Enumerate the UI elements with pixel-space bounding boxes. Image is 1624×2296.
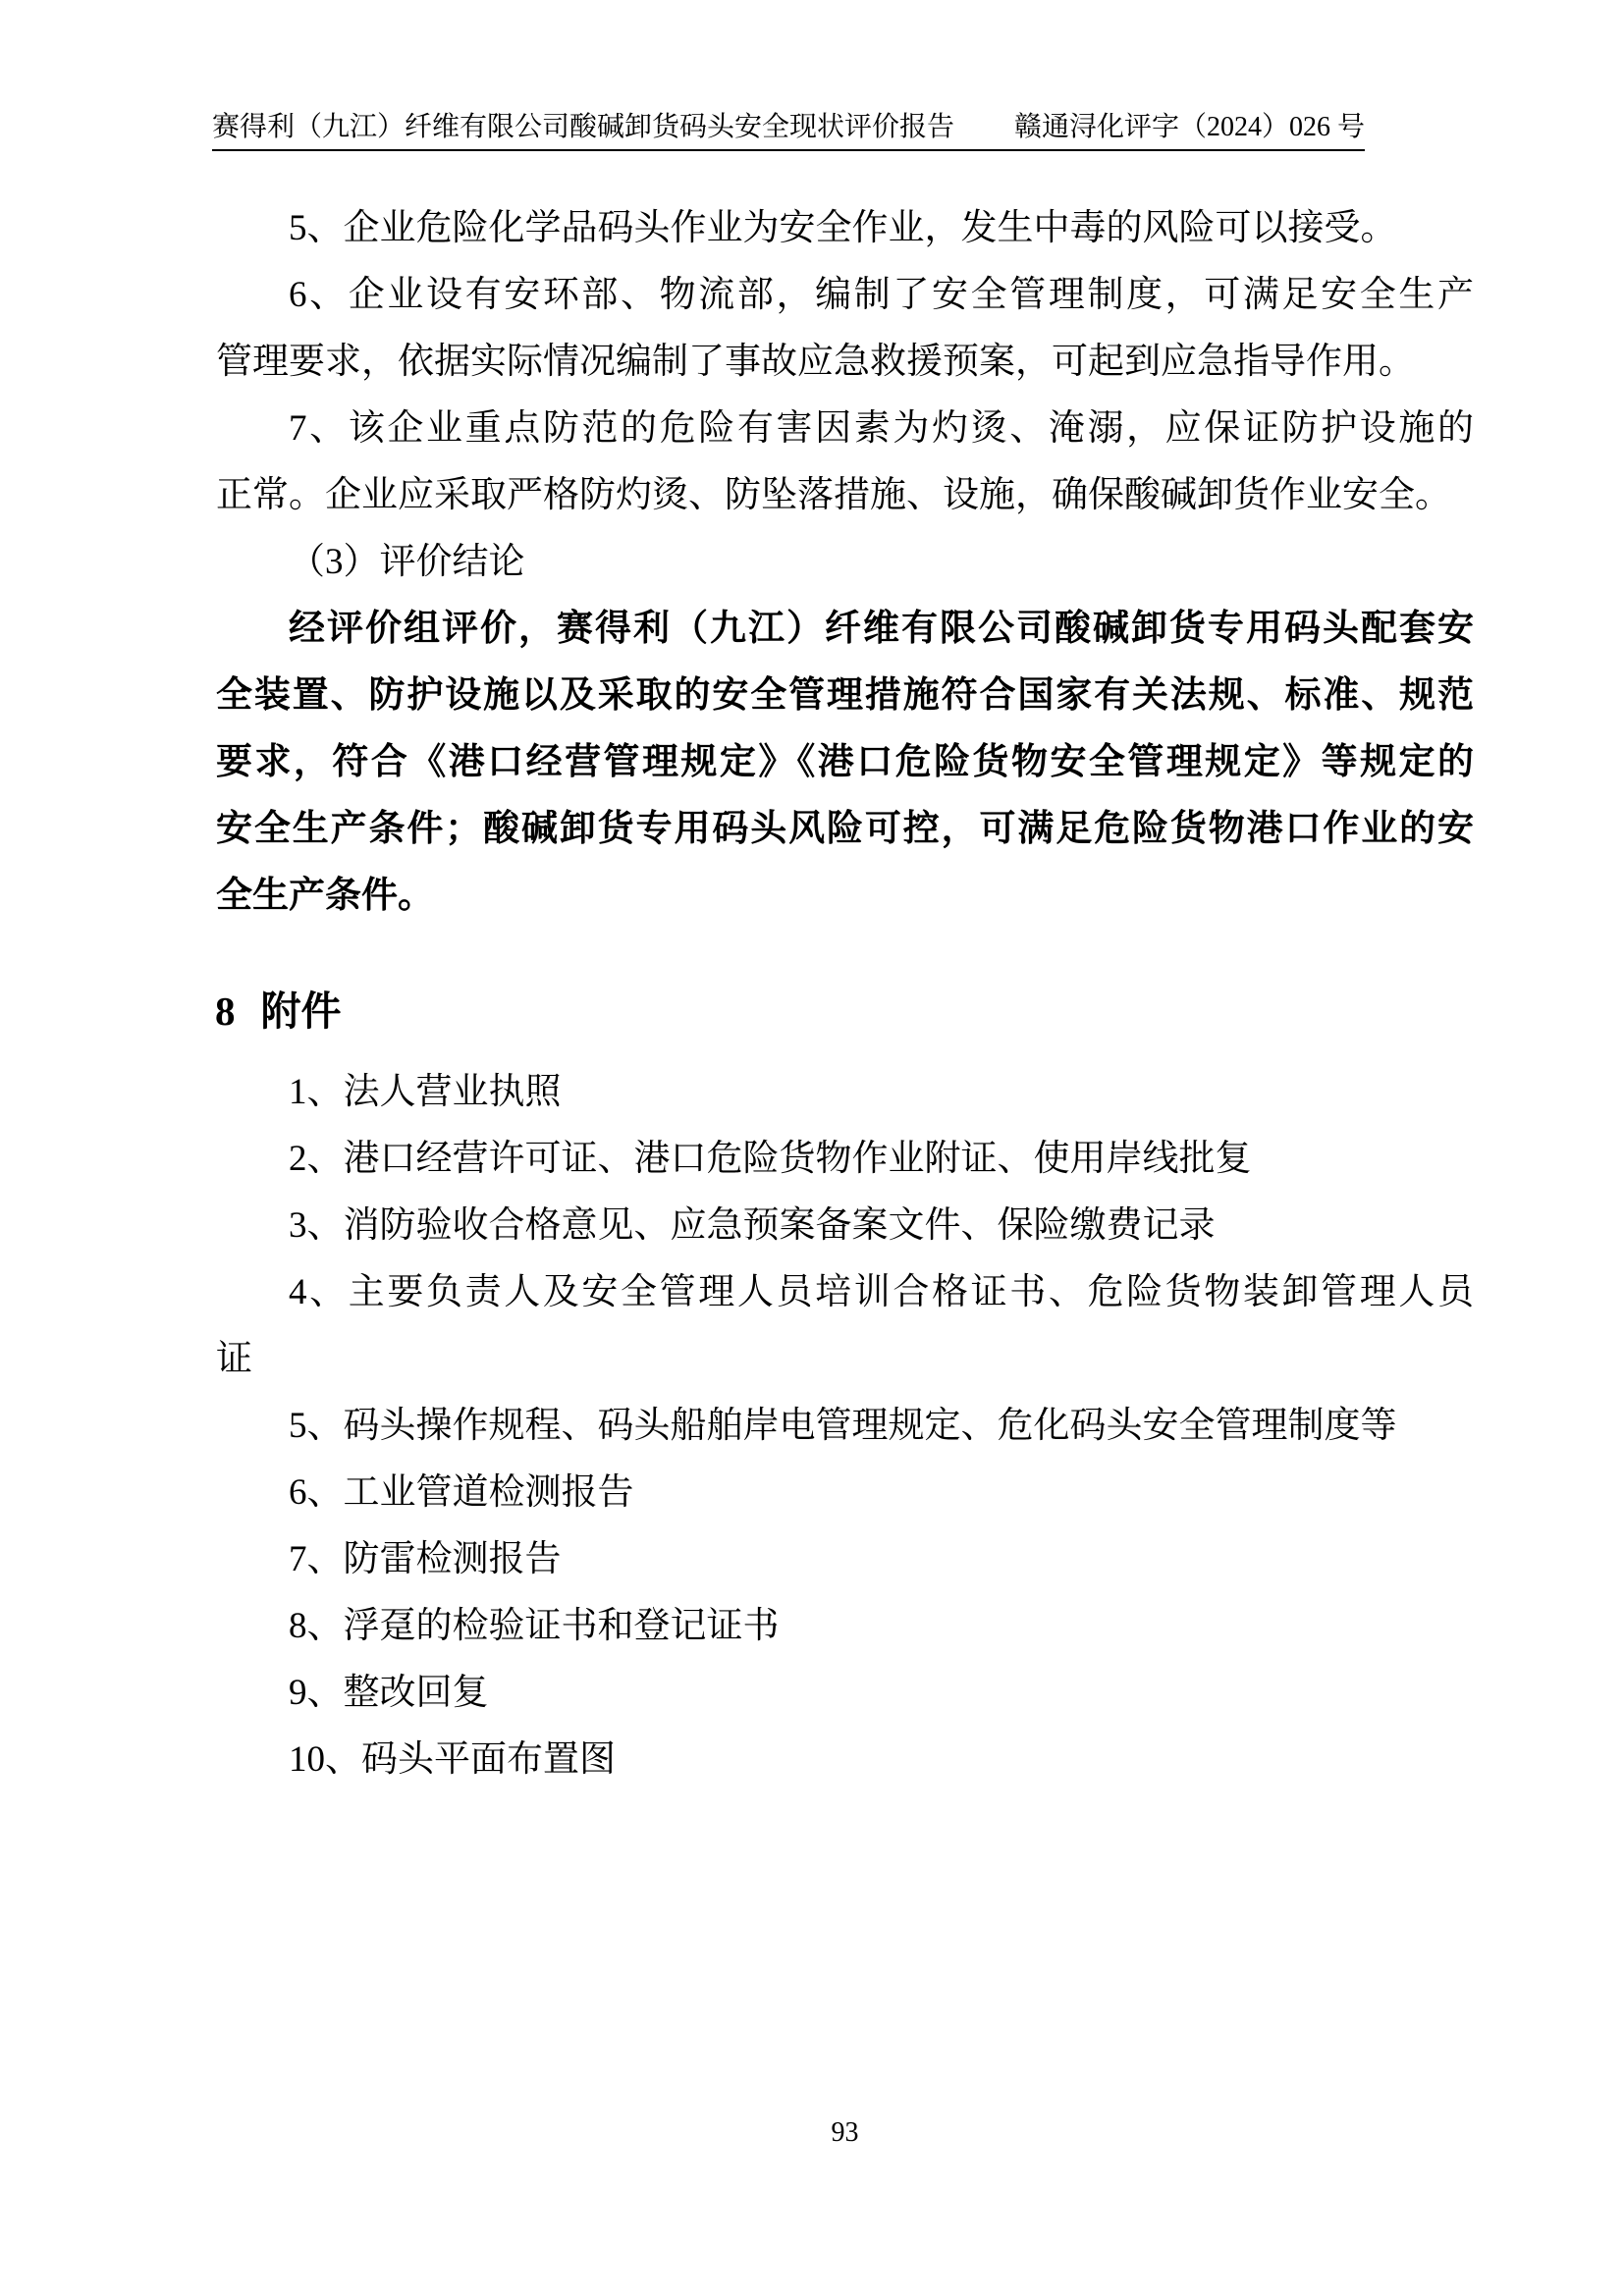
page-footer: 93 — [216, 2116, 1474, 2150]
section-heading-attachments: 8附件 — [215, 987, 342, 1036]
body-line: 7、该企业重点防范的危险有害因素为灼烫、淹溺，应保证防护设施的 — [216, 396, 1474, 462]
page-number: 93 — [832, 2117, 859, 2148]
attachments-list: 1、法人营业执照 2、港口经营许可证、港口危险货物作业附证、使用岸线批复 3、消… — [216, 1059, 1474, 1793]
header-doc-number: 赣通浔化评字（2024）026 号 — [1014, 110, 1365, 145]
document-page: 赛得利（九江）纤维有限公司酸碱卸货码头安全现状评价报告 赣通浔化评字（2024）… — [0, 0, 1624, 2296]
attachment-line: 9、整改回复 — [216, 1660, 1474, 1727]
body-line: （3）评价结论 — [216, 529, 1474, 596]
attachment-line: 5、码头操作规程、码头船舶岸电管理规定、危化码头安全管理制度等 — [216, 1393, 1474, 1460]
page-header: 赛得利（九江）纤维有限公司酸碱卸货码头安全现状评价报告 赣通浔化评字（2024）… — [212, 110, 1365, 151]
body-line: 安全生产条件；酸碱卸货专用码头风险可控，可满足危险货物港口作业的安 — [216, 796, 1474, 863]
body-line: 要求，符合《港口经营管理规定》《港口危险货物安全管理规定》等规定的 — [216, 729, 1474, 796]
attachment-line: 证 — [216, 1326, 1474, 1393]
header-report-title: 赛得利（九江）纤维有限公司酸碱卸货码头安全现状评价报告 — [212, 110, 954, 145]
attachment-line: 6、工业管道检测报告 — [216, 1460, 1474, 1526]
attachment-line: 4、主要负责人及安全管理人员培训合格证书、危险货物装卸管理人员 — [216, 1259, 1474, 1326]
attachment-line: 10、码头平面布置图 — [216, 1727, 1474, 1793]
body-line: 6、企业设有安环部、物流部，编制了安全管理制度，可满足安全生产 — [216, 262, 1474, 329]
section-number: 8 — [215, 988, 236, 1034]
attachment-line: 8、浮趸的检验证书和登记证书 — [216, 1593, 1474, 1660]
body-line: 经评价组评价，赛得利（九江）纤维有限公司酸碱卸货专用码头配套安 — [216, 596, 1474, 663]
body-line: 管理要求，依据实际情况编制了事故应急救援预案，可起到应急指导作用。 — [216, 329, 1474, 396]
attachment-line: 7、防雷检测报告 — [216, 1526, 1474, 1593]
attachment-line: 1、法人营业执照 — [216, 1059, 1474, 1126]
body-line: 全装置、防护设施以及采取的安全管理措施符合国家有关法规、标准、规范 — [216, 663, 1474, 729]
conclusion-text: 5、企业危险化学品码头作业为安全作业，发生中毒的风险可以接受。 6、企业设有安环… — [216, 195, 1474, 930]
body-line: 5、企业危险化学品码头作业为安全作业，发生中毒的风险可以接受。 — [216, 195, 1474, 262]
section-title: 附件 — [261, 988, 342, 1034]
body-line: 正常。企业应采取严格防灼烫、防坠落措施、设施，确保酸碱卸货作业安全。 — [216, 462, 1474, 529]
body-line: 全生产条件。 — [216, 863, 1474, 930]
attachment-line: 3、消防验收合格意见、应急预案备案文件、保险缴费记录 — [216, 1193, 1474, 1259]
attachment-line: 2、港口经营许可证、港口危险货物作业附证、使用岸线批复 — [216, 1126, 1474, 1193]
